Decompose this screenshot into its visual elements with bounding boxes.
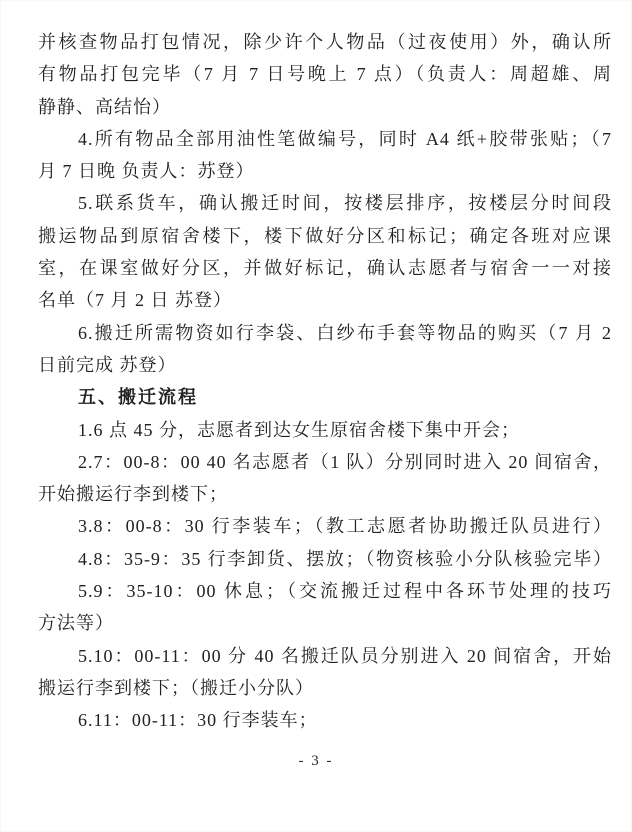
- page-number: - 3 -: [299, 753, 334, 769]
- document-line: 并核查物品打包情况，除少许个人物品（过夜使用）外，确认所: [38, 26, 612, 58]
- page-footer: - 3 -: [0, 752, 632, 770]
- document-line: 5.9：35-10：00 休息；（交流搬迁过程中各环节处理的技巧: [38, 575, 612, 607]
- document-line: 五、搬迁流程: [38, 381, 612, 413]
- document-line: 日前完成 苏登）: [38, 349, 612, 381]
- document-line: 3.8：00-8：30 行李装车；（教工志愿者协助搬迁队员进行）: [38, 510, 612, 542]
- document-line: 4.所有物品全部用油性笔做编号，同时 A4 纸+胶带张贴；（7: [38, 123, 612, 155]
- document-line: 6.11：00-11：30 行李装车；: [38, 704, 612, 736]
- document-line: 4.8：35-9：35 行李卸货、摆放；（物资核验小分队核验完毕）: [38, 543, 612, 575]
- document-line: 搬运行李到楼下；（搬迁小分队）: [38, 672, 612, 704]
- document-line: 名单（7 月 2 日 苏登）: [38, 284, 612, 316]
- document-line: 5.10：00-11：00 分 40 名搬迁队员分别进入 20 间宿舍，开始: [38, 640, 612, 672]
- document-line: 搬运物品到原宿舍楼下，楼下做好分区和标记；确定各班对应课: [38, 220, 612, 252]
- document-line: 1.6 点 45 分，志愿者到达女生原宿舍楼下集中开会；: [38, 414, 612, 446]
- document-line: 室，在课室做好分区，并做好标记，确认志愿者与宿舍一一对接: [38, 252, 612, 284]
- document-line: 开始搬运行李到楼下；: [38, 478, 612, 510]
- document-line: 有物品打包完毕（7 月 7 日号晚上 7 点）（负责人：周超雄、周: [38, 58, 612, 90]
- document-line: 方法等）: [38, 607, 612, 639]
- document-body: 并核查物品打包情况，除少许个人物品（过夜使用）外，确认所有物品打包完毕（7 月 …: [38, 26, 612, 737]
- document-line: 月 7 日晚 负责人：苏登）: [38, 155, 612, 187]
- document-line: 5.联系货车，确认搬迁时间，按楼层排序，按楼层分时间段: [38, 187, 612, 219]
- document-line: 6.搬迁所需物资如行李袋、白纱布手套等物品的购买（7 月 2: [38, 317, 612, 349]
- document-line: 2.7：00-8：00 40 名志愿者（1 队）分别同时进入 20 间宿舍，: [38, 446, 612, 478]
- document-line: 静静、高结怡）: [38, 91, 612, 123]
- document-page: 并核查物品打包情况，除少许个人物品（过夜使用）外，确认所有物品打包完毕（7 月 …: [0, 0, 632, 832]
